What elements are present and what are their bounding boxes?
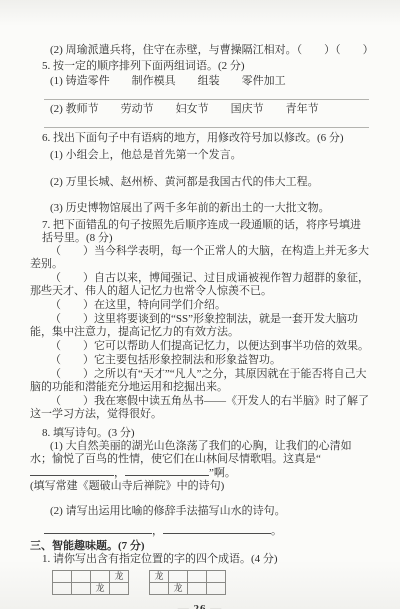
answer-blank-line: ，。 — [44, 524, 368, 538]
question-7-item: （ ）它可以帮助人们提高记忆力，以便达到事半功倍的效果。 — [30, 340, 370, 353]
grid-cell: 龙 — [150, 571, 169, 583]
page-number: — 26 — — [30, 603, 370, 609]
section-3-title: 三、智能趣味题。(7 分) — [30, 540, 370, 553]
fill-blank — [44, 524, 152, 534]
worksheet-page: (2) 周瑜派遣兵将，住守在赤壁，与曹操隔江相对。（ ）（ ） 5. 按一定的顺… — [0, 0, 400, 609]
idiom-grids: 龙 龙 龙 龙 — [52, 570, 370, 595]
grid-cell — [169, 571, 188, 583]
answer-line — [44, 116, 369, 128]
fill-blank — [125, 466, 209, 476]
grid-cell — [53, 571, 72, 583]
grid-cell: 龙 — [110, 571, 129, 583]
question-6-sub1: (1) 小组会上，他总是首先第一个发言。 — [30, 149, 370, 162]
blank-comma: ， — [114, 467, 125, 479]
grid-cell: 龙 — [169, 583, 188, 595]
question-5-title: 5. 按一定的顺序排列下面两组词语。(2 分) — [30, 60, 370, 73]
grid-cell — [188, 571, 207, 583]
question-8-sub1-tail: ”啊。 — [209, 467, 236, 479]
grid-cell — [150, 583, 169, 595]
question-8-note: (填写常建《题破山寺后禅院》中的诗句) — [30, 480, 370, 493]
question-7-item: （ ）我在寒假中读五角丛书——《开发人的右半脑》时了解了这一学习方法，觉得很好。 — [30, 395, 370, 421]
grid-cell — [207, 571, 226, 583]
grid-cell — [72, 571, 91, 583]
blank-comma: ， — [152, 525, 163, 537]
question-8-title: 8. 填写诗句。(3 分) — [30, 427, 370, 440]
answer-line — [44, 88, 369, 100]
question-7-item: （ ）它主要包括形象控制法和形象益智功。 — [30, 354, 370, 367]
blank-period: 。 — [271, 525, 282, 537]
section-3-q1-title: 1. 请你写出含有指定位置的字的四个成语。(4 分) — [30, 553, 370, 566]
question-7-item: （ ）之所以有“天才”“凡人”之分，其原因就在于能否将自己大脑的功能和潜能充分地… — [30, 368, 370, 394]
question-8-sub1: (1) 大自然美丽的湖光山色涤荡了我们的心胸，让我们的心清如水；愉悦了百鸟的性情… — [30, 440, 370, 480]
char-grid-2: 龙 龙 — [149, 570, 226, 595]
grid-cell — [110, 583, 129, 595]
grid-cell: 龙 — [91, 583, 110, 595]
question-7-title: 7. 把下面错乱的句子按照先后顺序连成一段通顺的话，将序号填进括号里。(8 分) — [30, 219, 370, 245]
question-7-item: （ ）当今科学表明，每一个正常人的大脑，在构造上并无多大差别。 — [30, 245, 370, 271]
grid-cell — [207, 583, 226, 595]
question-7-item: （ ）这里将要谈到的“SS”形象控制法，就是一套开发大脑功能，集中注意力，提高记… — [30, 313, 370, 339]
question-7-item: （ ）在这里，特向同学们介绍。 — [30, 299, 370, 312]
fill-blank — [163, 524, 271, 534]
question-6-sub2: (2) 万里长城、赵州桥、黄河都是我国古代的伟大工程。 — [30, 176, 370, 189]
question-8-sub1-text: (1) 大自然美丽的湖光山色涤荡了我们的心胸，让我们的心清如水；愉悦了百鸟的性情… — [30, 440, 352, 465]
grid-cell — [53, 583, 72, 595]
char-grid-1: 龙 龙 — [52, 570, 129, 595]
grid-cell — [188, 583, 207, 595]
question-8-sub2: (2) 请写出运用比喻的修辞手法描写山水的诗句。 — [30, 505, 370, 518]
fill-blank — [30, 466, 114, 476]
grid-cell — [91, 571, 110, 583]
question-7-item: （ ）自古以来，博闻强记、过目成诵被视作智力超群的象征，那些天才、伟人的超人记忆… — [30, 272, 370, 298]
question-4-sub2: (2) 周瑜派遣兵将，住守在赤壁，与曹操隔江相对。（ ）（ ） — [30, 44, 370, 57]
question-5-sub2: (2) 教师节 劳动节 妇女节 国庆节 青年节 — [30, 103, 370, 116]
grid-cell — [72, 583, 91, 595]
question-6-sub3: (3) 历史博物馆展出了两千多年前的新出土的一大批文物。 — [30, 202, 370, 215]
question-6-title: 6. 找出下面句子中有语病的地方，用修改符号加以修改。(6 分) — [30, 132, 370, 145]
question-5-sub1: (1) 铸造零件 制作模具 组装 零件加工 — [30, 75, 370, 88]
